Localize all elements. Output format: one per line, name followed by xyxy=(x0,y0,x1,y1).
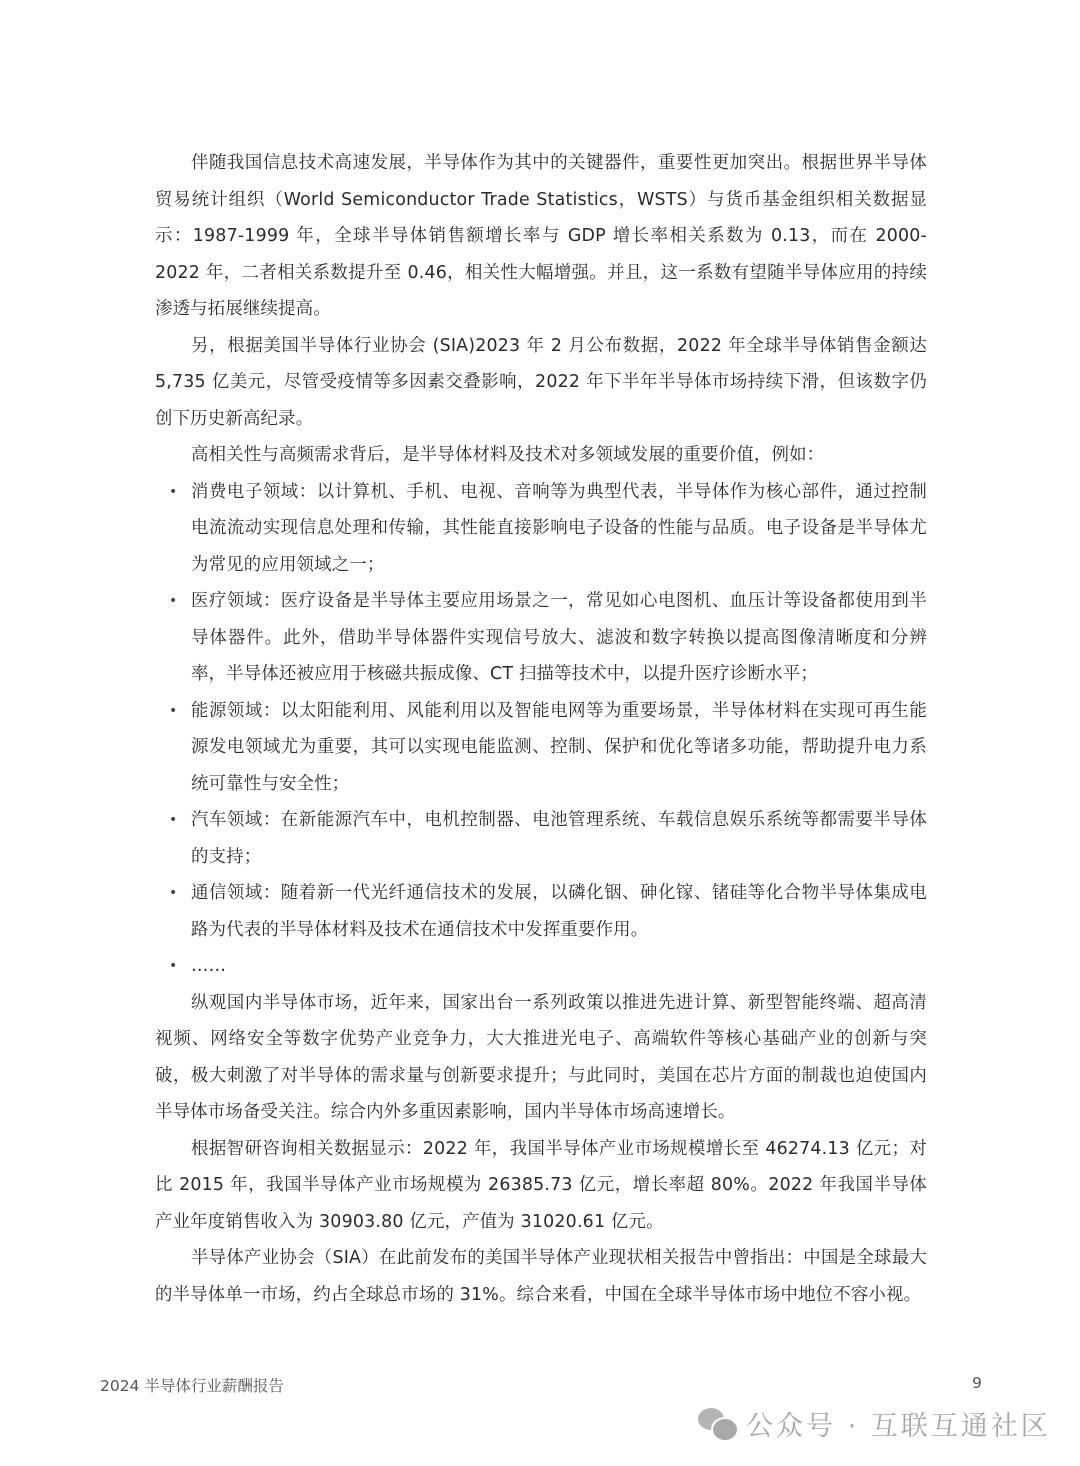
list-item-communications: • 通信领域：随着新一代光纤通信技术的发展，以磷化铟、砷化镓、锗硅等化合物半导体… xyxy=(155,875,927,948)
list-item-text: 能源领域：以太阳能利用、风能利用以及智能电网等为重要场景，半导体材料在实现可再生… xyxy=(191,701,927,794)
paragraph-list-intro: 高相关性与高频需求背后，是半导体材料及技术对多领域发展的重要价值，例如： xyxy=(155,437,927,474)
bullet-icon: • xyxy=(169,693,177,730)
wechat-icon xyxy=(698,1406,738,1442)
list-item-text: 通信领域：随着新一代光纤通信技术的发展，以磷化铟、砷化镓、锗硅等化合物半导体集成… xyxy=(191,883,927,940)
footer-report-title: 2024 半导体行业薪酬报告 xyxy=(100,1374,284,1396)
page-number: 9 xyxy=(972,1374,982,1392)
bullet-icon: • xyxy=(169,802,177,839)
paragraph-china-share: 半导体产业协会（SIA）在此前发布的美国半导体产业现状相关报告中曾指出：中国是全… xyxy=(155,1240,927,1313)
list-item-text: 汽车领域：在新能源汽车中，电机控制器、电池管理系统、车载信息娱乐系统等都需要半导… xyxy=(191,810,927,867)
list-item-consumer-electronics: • 消费电子领域：以计算机、手机、电视、音响等为典型代表，半导体作为核心部件，通… xyxy=(155,474,927,584)
list-item-energy: • 能源领域：以太阳能利用、风能利用以及智能电网等为重要场景，半导体材料在实现可… xyxy=(155,693,927,803)
bullet-icon: • xyxy=(169,875,177,912)
paragraph-sia-sales: 另，根据美国半导体行业协会 (SIA)2023 年 2 月公布数据，2022 年… xyxy=(155,328,927,438)
bullet-icon: • xyxy=(169,948,177,985)
list-item-ellipsis: • …… xyxy=(155,948,927,985)
list-item-text: 医疗领域：医疗设备是半导体主要应用场景之一，常见如心电图机、血压计等设备都使用到… xyxy=(191,591,927,684)
application-fields-list: • 消费电子领域：以计算机、手机、电视、音响等为典型代表，半导体作为核心部件，通… xyxy=(155,474,927,985)
list-item-text: 消费电子领域：以计算机、手机、电视、音响等为典型代表，半导体作为核心部件，通过控… xyxy=(191,482,927,575)
paragraph-wsts-correlation: 伴随我国信息技术高速发展，半导体作为其中的关键器件，重要性更加突出。根据世界半导… xyxy=(155,145,927,328)
paragraph-market-size: 根据智研咨询相关数据显示：2022 年，我国半导体产业市场规模增长至 46274… xyxy=(155,1131,927,1241)
bullet-icon: • xyxy=(169,474,177,511)
watermark-text: 公众号 · 互联互通社区 xyxy=(746,1404,1051,1443)
watermark: 公众号 · 互联互通社区 xyxy=(698,1404,1051,1443)
list-item-automotive: • 汽车领域：在新能源汽车中，电机控制器、电池管理系统、车载信息娱乐系统等都需要… xyxy=(155,802,927,875)
paragraph-domestic-market: 纵观国内半导体市场，近年来，国家出台一系列政策以推进先进计算、新型智能终端、超高… xyxy=(155,985,927,1131)
document-body: 伴随我国信息技术高速发展，半导体作为其中的关键器件，重要性更加突出。根据世界半导… xyxy=(155,145,927,1313)
bullet-icon: • xyxy=(169,583,177,620)
list-item-medical: • 医疗领域：医疗设备是半导体主要应用场景之一，常见如心电图机、血压计等设备都使… xyxy=(155,583,927,693)
list-item-text: …… xyxy=(191,956,226,976)
